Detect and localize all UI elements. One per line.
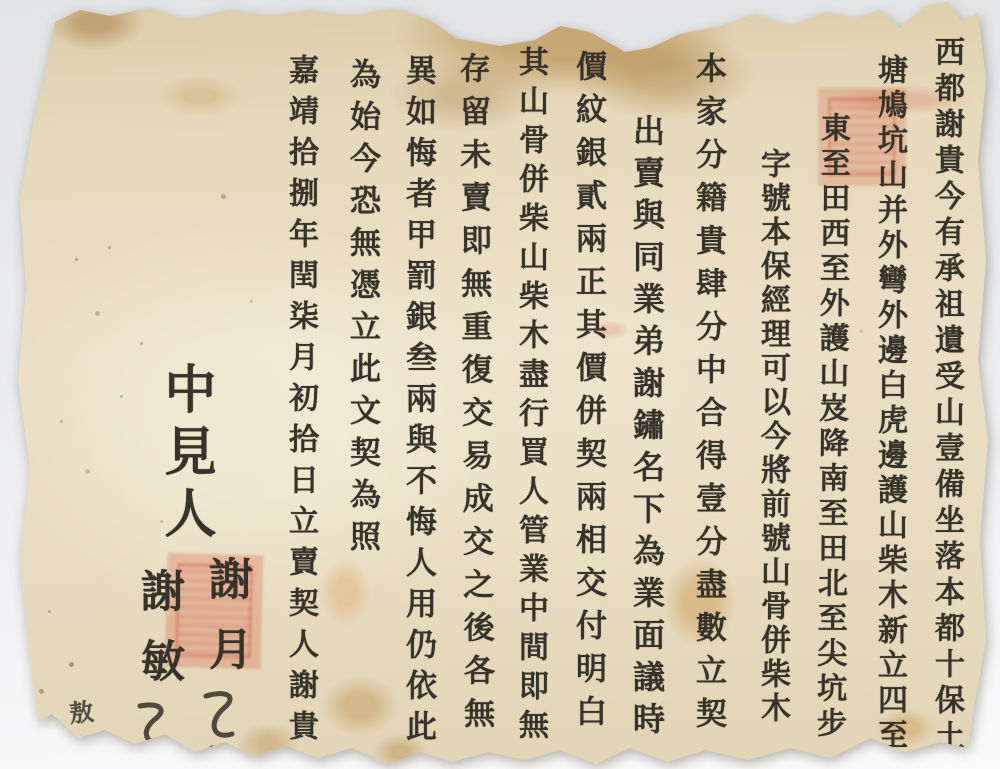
text-column-3: 東至田西至外護山岌降南至田北至尖坑步 xyxy=(806,112,854,742)
text-column-2: 塘鳩坑山并外彎外邊白虎邊護山柴木新立四至 xyxy=(867,54,911,754)
witness-label: 中見人 xyxy=(148,362,223,548)
witness-signature-1: 謝月 xyxy=(194,556,258,696)
text-column-10: 異如悔者甲罰銀叁兩與不悔人用仍依此 xyxy=(396,54,441,751)
signature-flourish-icon xyxy=(200,688,244,766)
date-signature-column: 嘉靖拾捌年閏柒月初拾日立賣契人謝貴 xyxy=(278,54,322,751)
text-column-8: 其山骨併柴山柴木盡行買人管業中間即無 xyxy=(508,46,552,748)
text-column-9: 存留未賣即無重復交易成交之後各無 xyxy=(450,52,500,740)
foxing-spots xyxy=(0,0,3,3)
manuscript-paper: 西都謝貴今有承祖遺受山壹備坐落本都十保土 塘鳩坑山并外彎外邊白虎邊護山柴木新立四… xyxy=(0,0,1000,769)
text-column-11: 為始今恐無憑立此文契為照 xyxy=(340,58,385,562)
manuscript-wrap: 西都謝貴今有承祖遺受山壹備坐落本都十保土 塘鳩坑山并外彎外邊白虎邊護山柴木新立四… xyxy=(0,0,1000,769)
signature-flourish-icon xyxy=(132,700,176,768)
text-column-1: 西都謝貴今有承祖遺受山壹備坐落本都十保土 xyxy=(924,36,968,756)
text-column-6: 出賣與同業弟謝鏽名下為業面議時 xyxy=(624,114,670,744)
corner-mark: 敖 xyxy=(61,698,98,726)
text-column-5: 本家分籍貴肆分中合得壹分盡數立契 xyxy=(686,52,731,740)
witness-signature-2: 謝敏 xyxy=(126,568,190,708)
photo-backdrop: 西都謝貴今有承祖遺受山壹備坐落本都十保土 塘鳩坑山并外彎外邊白虎邊護山柴木新立四… xyxy=(0,0,1000,769)
text-column-4: 字號本保經理可以今將前號山骨併柴木 xyxy=(750,148,794,726)
text-column-7: 價紋銀貳兩正其價併契兩相交付明白 xyxy=(566,50,611,738)
